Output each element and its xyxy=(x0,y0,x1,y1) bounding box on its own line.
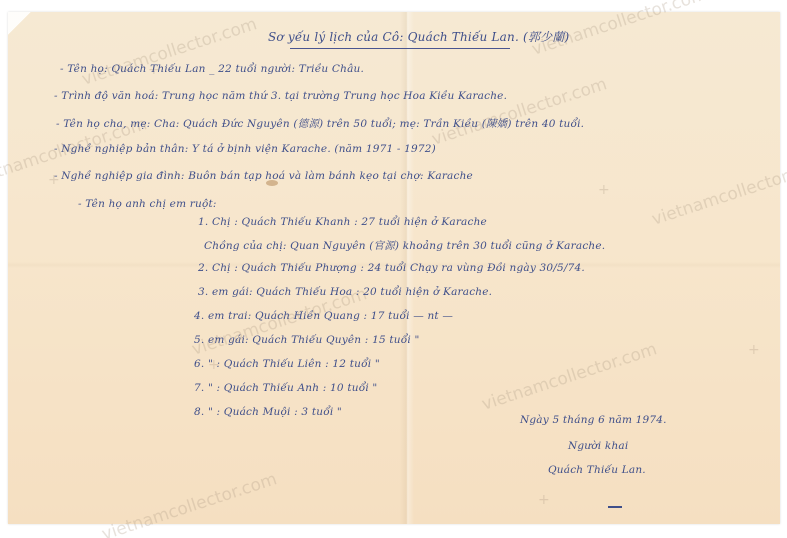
field-name: - Tên họ: Quách Thiếu Lan _ 22 tuổi ngườ… xyxy=(60,63,364,75)
watermark: vietnamcollector.com xyxy=(429,74,609,150)
document-paper: vietnamcollector.com vietnamcollector.co… xyxy=(8,12,780,524)
field-occupation: - Nghề nghiệp bản thân: Y tá ở bịnh viện… xyxy=(54,143,436,155)
field-siblings-heading: - Tên họ anh chị em ruột: xyxy=(78,198,217,210)
watermark-plus-icon: + xyxy=(538,492,550,508)
sibling-spouse-row: Chồng của chị: Quan Nguyên (官源) khoảng t… xyxy=(204,238,605,253)
sibling-row: 4. em trai: Quách Hiền Quang : 17 tuổi —… xyxy=(194,310,453,322)
watermark: vietnamcollector.com xyxy=(479,339,659,415)
field-family-occupation: - Nghề nghiệp gia đình: Buôn bán tạp hoá… xyxy=(54,170,473,182)
sibling-row: 8. " : Quách Muội : 3 tuổi " xyxy=(194,406,342,418)
title-underline xyxy=(290,48,510,49)
sibling-row: 1. Chị : Quách Thiếu Khanh : 27 tuổi hiệ… xyxy=(198,216,487,228)
sibling-row: 2. Chị : Quách Thiếu Phượng : 24 tuổi Ch… xyxy=(198,262,585,274)
sibling-row: 5. em gái: Quách Thiếu Quyên : 15 tuổi " xyxy=(194,334,420,346)
signature-role: Người khai xyxy=(568,440,628,452)
signature-mark xyxy=(608,506,622,508)
watermark: vietnamcollector.com xyxy=(99,469,279,538)
field-education: - Trình độ văn hoá: Trung học năm thứ 3.… xyxy=(54,90,507,102)
signature-date: Ngày 5 tháng 6 năm 1974. xyxy=(520,414,667,426)
watermark: vietnamcollector.com xyxy=(649,154,787,230)
sibling-row: 7. " : Quách Thiếu Anh : 10 tuổi " xyxy=(194,382,377,394)
document-title: Sơ yếu lý lịch của Cô: Quách Thiếu Lan. … xyxy=(268,28,569,45)
watermark-plus-icon: + xyxy=(598,182,610,198)
signature-name: Quách Thiếu Lan. xyxy=(548,464,646,476)
watermark-plus-icon: + xyxy=(748,342,760,358)
sibling-row: 6. " : Quách Thiếu Liên : 12 tuổi " xyxy=(194,358,380,370)
watermark: vietnamcollector.com xyxy=(79,14,259,90)
field-parents: - Tên họ cha, mẹ: Cha: Quách Đức Nguyên … xyxy=(56,116,584,131)
sibling-row: 3. em gái: Quách Thiếu Hoa : 20 tuổi hiệ… xyxy=(198,286,492,298)
